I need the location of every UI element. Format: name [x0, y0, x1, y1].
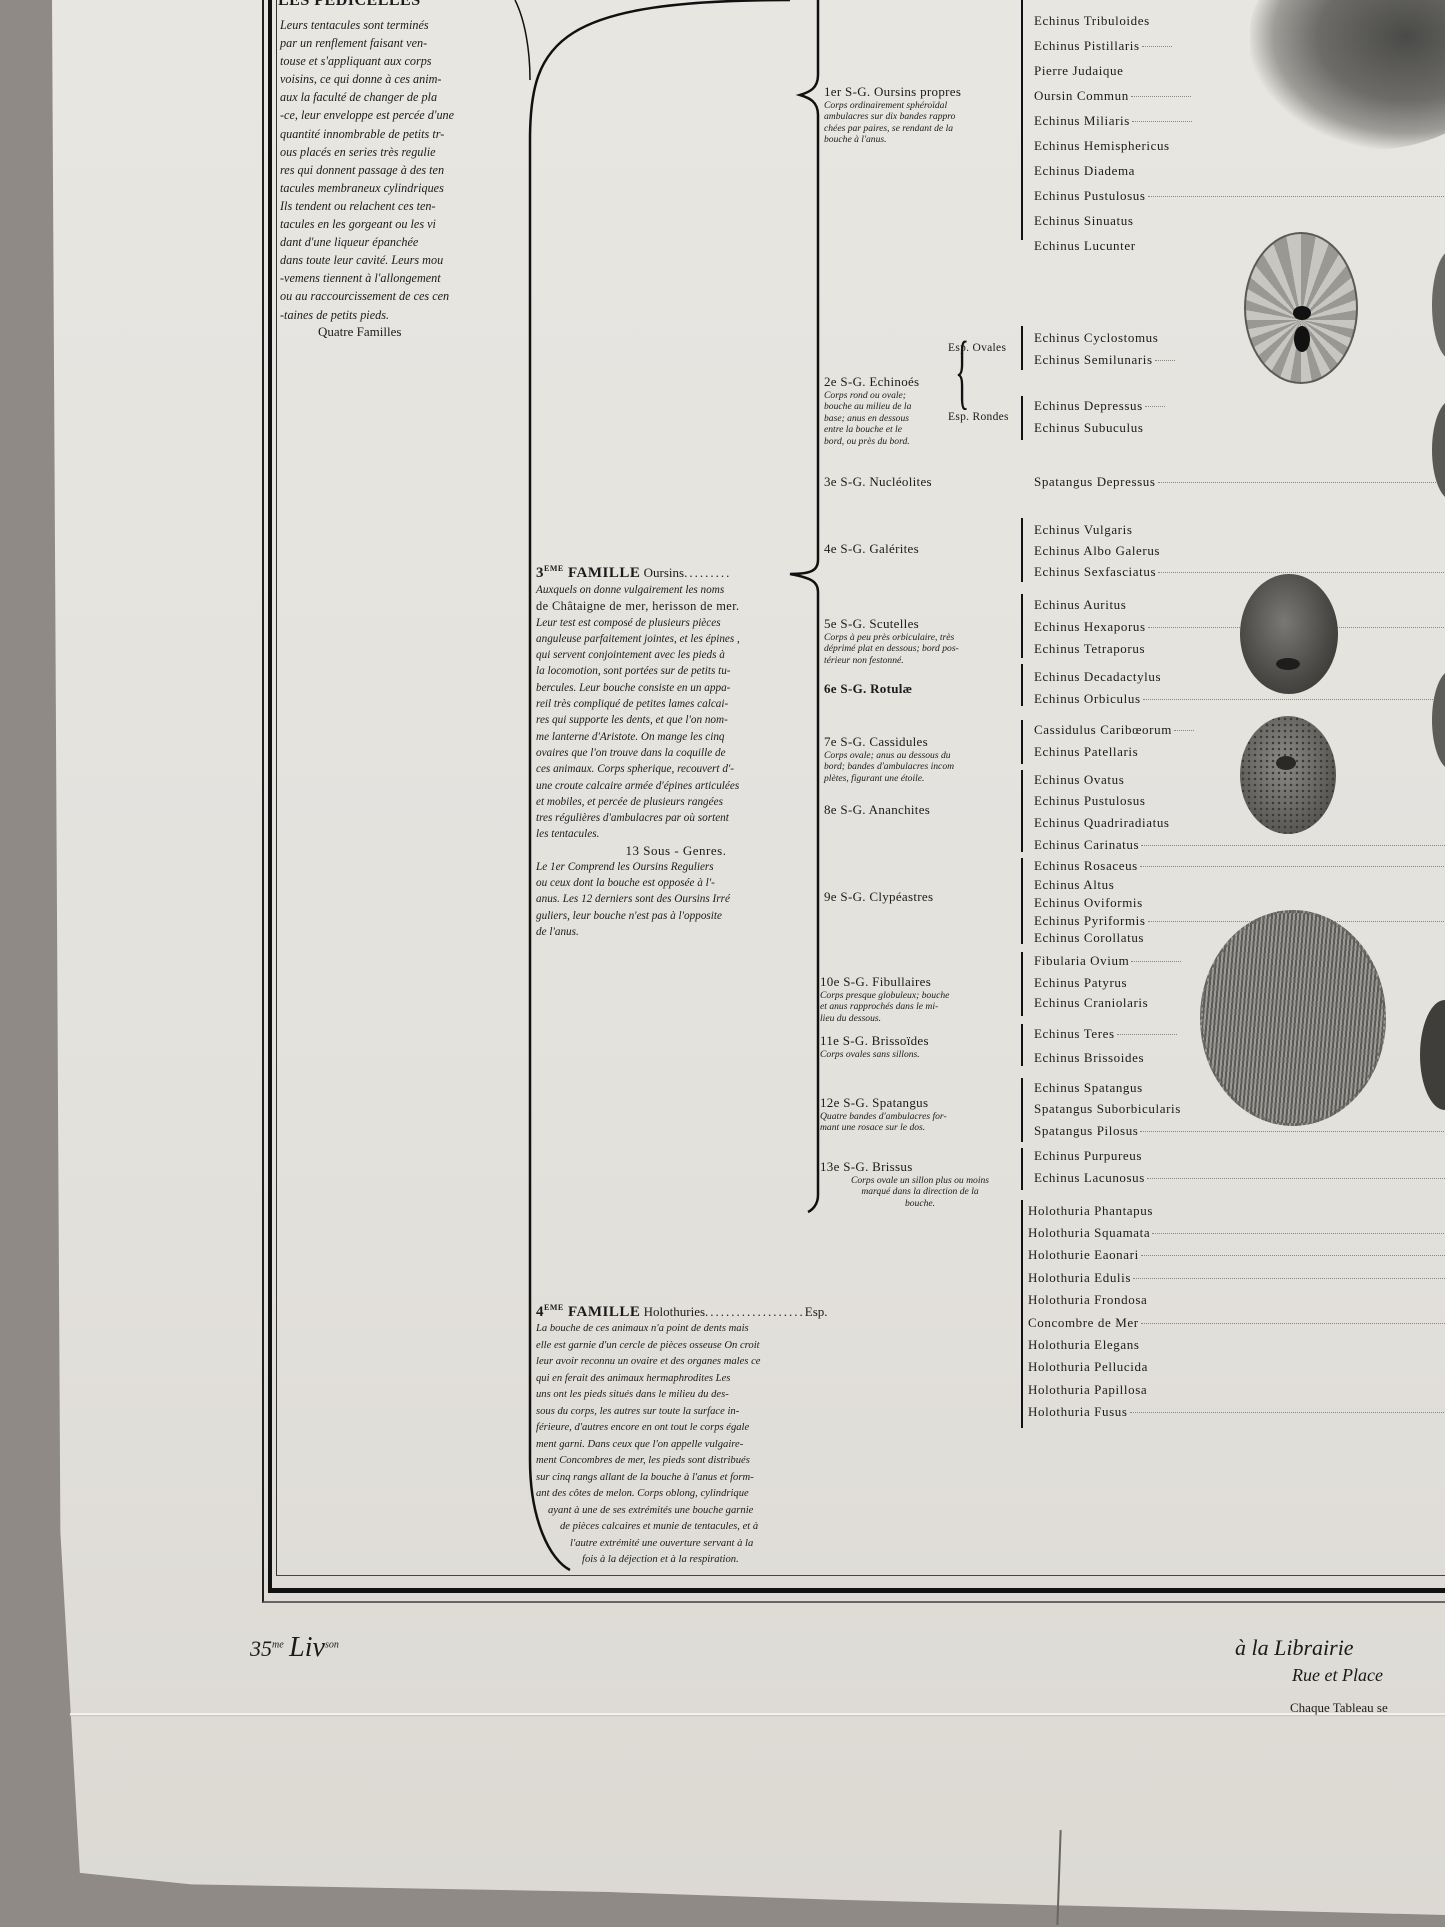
text-line: touse et s'appliquant aux corps	[280, 52, 520, 70]
sea-urchin-oval-dark-illustration	[1240, 574, 1338, 694]
species-brace	[1021, 770, 1023, 852]
text-line: ou ceux dont la bouche est opposée à l'-	[536, 875, 816, 891]
species-brace	[1021, 1078, 1023, 1142]
text-line: de Châtaigne de mer, herisson de mer.	[536, 598, 816, 614]
species-item: Holothuria Edulis	[1028, 1270, 1445, 1286]
text-line: sous du corps, les autres sur toute la s…	[536, 1404, 826, 1421]
subgenus-6: 6e S-G. Rotulæ	[824, 681, 912, 697]
text-line: base; anus en dessous	[824, 413, 944, 424]
text-line: ment Concombres de mer, les pieds sont d…	[536, 1453, 826, 1470]
text-line: anguleuse parfaitement jointes, et les é…	[536, 631, 816, 647]
text-line: fois à la déjection et à la respiration.	[536, 1552, 826, 1569]
species-brace	[1021, 326, 1023, 370]
subgenus-label: 5e S-G. Scutelles	[824, 616, 1024, 632]
species-item: Concombre de Mer	[1028, 1315, 1445, 1331]
family-number-suffix: EME	[544, 564, 564, 573]
species-item: Echinus Vulgaris	[1034, 522, 1133, 538]
issue-suffix: me	[272, 1640, 284, 1651]
subgenera-count: 13 Sous - Genres.	[536, 843, 816, 859]
species-item: Holothuria Elegans	[1028, 1337, 1140, 1353]
species-brace	[1021, 858, 1023, 944]
pedicelles-title: LES PEDICELLES	[278, 0, 421, 10]
text-line: tacules en les gorgeant ou les vi	[280, 215, 520, 233]
subgenus-label: 7e S-G. Cassidules	[824, 734, 1024, 750]
text-line: -taines de petits pieds.	[280, 306, 520, 324]
family-heading: 3EME FAMILLE Oursins.........	[536, 564, 816, 582]
text-line: Leur test est composé de plusieurs pièce…	[536, 615, 816, 631]
text-line: Corps ovale; anus au dessous du	[824, 750, 1024, 761]
species-brace	[1021, 952, 1023, 1016]
text-line: dans toute leur cavité. Leurs mou	[280, 251, 520, 269]
pedicelles-description: Leurs tentacules sont terminés par un re…	[280, 16, 520, 324]
text-line: entre la bouche et le	[824, 424, 944, 435]
species-item: Echinus Pistillaris	[1034, 38, 1172, 54]
publisher-note: Chaque Tableau se	[1290, 1700, 1388, 1716]
species-brace	[1021, 396, 1023, 440]
species-item: Echinus Quadriradiatus	[1034, 815, 1170, 831]
species-item: Echinus Lucunter	[1034, 238, 1136, 254]
text-line: sur cinq rangs allant de la bouche à l'a…	[536, 1470, 826, 1487]
species-item: Echinus Craniolaris	[1034, 995, 1148, 1011]
subgenus-description: Corps rond ou ovale; bouche au milieu de…	[824, 390, 944, 447]
text-line: l'autre extrémité une ouverture servant …	[536, 1536, 826, 1553]
text-line: déprimé plat en dessous; bord pos-	[824, 643, 1024, 654]
text-line: ment garni. Dans ceux que l'on appelle v…	[536, 1437, 826, 1454]
species-item: Echinus Purpureus	[1034, 1148, 1142, 1164]
text-line: res qui supporte les dents, et que l'on …	[536, 712, 816, 728]
text-line: plètes, figurant une étoile.	[824, 773, 1024, 784]
issue-suffix-2: son	[325, 1640, 339, 1651]
paper-fold-line	[70, 1713, 1445, 1715]
species-item: Fibularia Ovium	[1034, 953, 1181, 969]
species-item: Cassidulus Caribœorum	[1034, 722, 1194, 738]
species-item: Oursin Commun	[1034, 88, 1191, 104]
text-line: marqué dans la direction de la	[820, 1186, 1020, 1197]
group-label-rondes: Esp. Rondes	[948, 411, 1009, 423]
species-item: Spatangus Suborbicularis	[1034, 1101, 1181, 1117]
text-line: et mobiles, et percée de plusieurs rangé…	[536, 794, 816, 810]
species-item: Holothuria Papillosa	[1028, 1382, 1147, 1398]
species-item: Spatangus Depressus	[1034, 474, 1445, 490]
text-line: -vemens tiennent à l'allongement	[280, 269, 520, 287]
issue-number: 35	[250, 1636, 272, 1661]
text-line: Corps ovale un sillon plus ou moins	[820, 1175, 1020, 1186]
text-line: mant une rosace sur le dos.	[820, 1122, 1020, 1133]
text-line: qui en ferait des animaux hermaphrodites…	[536, 1371, 826, 1388]
family-number-suffix: EME	[544, 1303, 564, 1312]
text-line: quantité innombrable de petits tr-	[280, 125, 520, 143]
species-item: Echinus Rosaceus	[1034, 858, 1445, 874]
species-item: Holothurie Eaonari	[1028, 1247, 1445, 1263]
subgenus-label: 11e S-G. Brissoïdes	[820, 1033, 1020, 1049]
text-line: anus. Les 12 derniers sont des Oursins I…	[536, 891, 816, 907]
text-line: lieu du dessous.	[820, 1013, 1020, 1024]
text-line: reil très compliqué de petites lames cal…	[536, 696, 816, 712]
text-line: Corps ovales sans sillons.	[820, 1049, 1020, 1060]
subgenus-8: 8e S-G. Ananchites	[824, 802, 930, 818]
publisher-line-1: à la Librairie	[1235, 1635, 1354, 1661]
species-brace	[1021, 594, 1023, 658]
subgenus-7: 7e S-G. Cassidules Corps ovale; anus au …	[824, 734, 1024, 784]
text-line: Ils tendent ou relachent ces ten-	[280, 197, 520, 215]
text-line: Quatre bandes d'ambulacres for-	[820, 1111, 1020, 1122]
subgenus-label: 2e S-G. Echinoés	[824, 374, 944, 390]
species-brace	[1021, 1200, 1023, 1428]
text-line: de pièces calcaires et munie de tentacul…	[536, 1519, 826, 1536]
esp-label: Esp.	[805, 1304, 828, 1319]
subgenus-label: 13e S-G. Brissus	[820, 1159, 1020, 1175]
family-word: FAMILLE	[568, 565, 640, 581]
text-line: Auxquels on donne vulgairement les noms	[536, 582, 816, 598]
subgenus-4: 4e S-G. Galérites	[824, 541, 919, 557]
text-line: ant des côtes de melon. Corps oblong, cy…	[536, 1486, 826, 1503]
text-line: Corps à peu près orbiculaire, très	[824, 632, 1024, 643]
species-item: Pierre Judaique	[1034, 63, 1124, 79]
text-line: bouche au milieu de la	[824, 401, 944, 412]
sea-urchin-test-radial-illustration	[1244, 232, 1358, 384]
text-line: tacules membraneux cylindriques	[280, 179, 520, 197]
family-heading: 4EME FAMILLE Holothuries................…	[536, 1303, 826, 1321]
subgenus-2: 2e S-G. Echinoés Corps rond ou ovale; bo…	[824, 374, 944, 447]
text-line: Corps ordinairement sphéroïdal	[824, 100, 1020, 111]
species-brace	[1021, 664, 1023, 706]
group-label-ovales: Esp. Ovales	[948, 342, 1006, 354]
subgenus-description: Corps presque globuleux; bouche et anus …	[820, 990, 1020, 1024]
text-line: bord, ou près du bord.	[824, 436, 944, 447]
species-item: Echinus Auritus	[1034, 597, 1126, 613]
publisher-line-2: Rue et Place	[1292, 1665, 1383, 1686]
species-item: Echinus Spatangus	[1034, 1080, 1143, 1096]
species-item: Echinus Semilunaris	[1034, 352, 1175, 368]
subgenera-description: Le 1er Comprend les Oursins Reguliers ou…	[536, 859, 816, 940]
subgenus-label: 10e S-G. Fibullaires	[820, 974, 1020, 990]
text-line: aux la faculté de changer de pla	[280, 88, 520, 106]
text-line: et anus rapprochés dans le mi-	[820, 1001, 1020, 1012]
text-line: par un renflement faisant ven-	[280, 34, 520, 52]
text-line: me lanterne d'Aristote. On mange les cin…	[536, 729, 816, 745]
family-4-block: 4EME FAMILLE Holothuries................…	[536, 1303, 826, 1569]
text-line: leur avoir reconnu un ovaire et des orga…	[536, 1354, 826, 1371]
subgenus-5: 5e S-G. Scutelles Corps à peu près orbic…	[824, 616, 1024, 666]
species-item: Echinus Pustulosus	[1034, 188, 1445, 204]
text-line: Corps presque globuleux; bouche	[820, 990, 1020, 1001]
species-brace	[1021, 1148, 1023, 1190]
species-item: Holothuria Squamata	[1028, 1225, 1445, 1241]
subgenus-1: 1er S-G. Oursins propres Corps ordinaire…	[824, 84, 1020, 146]
subgenus-11: 11e S-G. Brissoïdes Corps ovales sans si…	[820, 1033, 1020, 1060]
family-name: Oursins	[644, 565, 684, 580]
species-brace	[1021, 518, 1023, 582]
text-line: chées par paires, se rendant de la	[824, 123, 1020, 134]
family-word: FAMILLE	[568, 1304, 640, 1320]
species-item: Echinus Altus	[1034, 877, 1114, 893]
text-line: uns ont les pieds situés dans le milieu …	[536, 1387, 826, 1404]
text-line: tres régulières d'ambulacres par où sort…	[536, 810, 816, 826]
text-line: ou au raccourcissement de ces cen	[280, 287, 520, 305]
species-item: Echinus Miliaris	[1034, 113, 1192, 129]
species-brace	[1021, 1024, 1023, 1066]
species-item: Echinus Hemisphericus	[1034, 138, 1170, 154]
species-item: Echinus Orbiculus	[1034, 691, 1445, 707]
text-line: dant d'une liqueur épanchée	[280, 233, 520, 251]
species-item: Holothuria Frondosa	[1028, 1292, 1147, 1308]
species-item: Echinus Cyclostomus	[1034, 330, 1158, 346]
family-description: Auxquels on donne vulgairement les noms …	[536, 582, 816, 843]
species-item: Echinus Corollatus	[1034, 930, 1144, 946]
text-line: ces animaux. Corps spherique, recouvert …	[536, 761, 816, 777]
species-brace	[1021, 720, 1023, 764]
text-line: guliers, leur bouche n'est pas à l'oppos…	[536, 908, 816, 924]
text-line: res qui donnent passage à des ten	[280, 161, 520, 179]
subgenus-13: 13e S-G. Brissus Corps ovale un sillon p…	[820, 1159, 1020, 1209]
species-item: Holothuria Fusus	[1028, 1404, 1445, 1420]
subgenus-description: Corps à peu près orbiculaire, très dépri…	[824, 632, 1024, 666]
text-line: la locomotion, sont portées sur de petit…	[536, 663, 816, 679]
text-line: elle est garnie d'un cercle de pièces os…	[536, 1338, 826, 1355]
family-3-block: 3EME FAMILLE Oursins......... Auxquels o…	[536, 564, 816, 940]
subgenus-10: 10e S-G. Fibullaires Corps presque globu…	[820, 974, 1020, 1024]
text-line: Leurs tentacules sont terminés	[280, 16, 520, 34]
subgenus-label: 1er S-G. Oursins propres	[824, 84, 1020, 100]
species-item: Echinus Ovatus	[1034, 772, 1124, 788]
subgenus-description: Corps ovale un sillon plus ou moins marq…	[820, 1175, 1020, 1209]
species-item: Echinus Carinatus	[1034, 837, 1445, 853]
family-description: La bouche de ces animaux n'a point de de…	[536, 1321, 826, 1569]
text-line: Le 1er Comprend les Oursins Reguliers	[536, 859, 816, 875]
text-line: bercules. Leur bouche consiste en un app…	[536, 680, 816, 696]
sea-urchin-spiny-illustration	[1200, 910, 1386, 1126]
species-item: Echinus Patyrus	[1034, 975, 1127, 991]
issue-word: Liv	[289, 1632, 325, 1663]
sea-urchin-oval-dotted-illustration	[1240, 716, 1336, 834]
species-item: Echinus Oviformis	[1034, 895, 1143, 911]
text-line: -ce, leur enveloppe est percée d'une	[280, 106, 520, 124]
text-line: ayant à une de ses extrémités une bouche…	[536, 1503, 826, 1520]
subgenus-description: Corps ovale; anus au dessous du bord; ba…	[824, 750, 1024, 784]
species-item: Echinus Teres	[1034, 1026, 1177, 1042]
family-number: 4	[536, 1304, 544, 1320]
species-item: Echinus Pustulosus	[1034, 793, 1146, 809]
text-line: une croute calcaire armée d'épines artic…	[536, 778, 816, 794]
species-item: Spatangus Pilosus	[1034, 1123, 1445, 1139]
text-line: térieur non festonné.	[824, 655, 1024, 666]
species-item: Echinus Tribuloides	[1034, 13, 1150, 29]
subgenus-9: 9e S-G. Clypéastres	[824, 889, 933, 905]
family-number: 3	[536, 565, 544, 581]
text-line: voisins, ce qui donne à ces anim-	[280, 70, 520, 88]
text-line: ovaires que l'on trouve dans la coquille…	[536, 745, 816, 761]
text-line: les tentacules.	[536, 826, 816, 842]
subgenus-description: Quatre bandes d'ambulacres for- mant une…	[820, 1111, 1020, 1134]
text-line: bord; bandes d'ambulacres incom	[824, 761, 1024, 772]
subgenus-label: 12e S-G. Spatangus	[820, 1095, 1020, 1111]
species-item: Echinus Brissoides	[1034, 1050, 1144, 1066]
species-item: Echinus Patellaris	[1034, 744, 1138, 760]
species-item: Echinus Subuculus	[1034, 420, 1144, 436]
species-item: Echinus Decadactylus	[1034, 669, 1161, 685]
species-item: Echinus Albo Galerus	[1034, 543, 1160, 559]
species-item: Holothuria Pellucida	[1028, 1359, 1148, 1375]
species-item: Echinus Lacunosus	[1034, 1170, 1445, 1186]
species-item: Echinus Diadema	[1034, 163, 1135, 179]
text-line: ambulacres sur dix bandes rappro	[824, 111, 1020, 122]
species-item: Echinus Sexfasciatus	[1034, 564, 1445, 580]
issue-number-label: 35me Livson	[250, 1632, 339, 1664]
text-line: La bouche de ces animaux n'a point de de…	[536, 1321, 826, 1338]
text-line: ous placés en series très regulie	[280, 143, 520, 161]
species-item: Echinus Tetraporus	[1034, 641, 1145, 657]
text-line: bouche à l'anus.	[824, 134, 1020, 145]
families-count-label: Quatre Familles	[318, 324, 401, 340]
text-line: bouche.	[820, 1198, 1020, 1209]
text-line: qui servent conjointement avec les pieds…	[536, 647, 816, 663]
species-item: Echinus Sinuatus	[1034, 213, 1134, 229]
species-brace	[1021, 0, 1023, 240]
text-line: férieure, d'autres encore en ont tout le…	[536, 1420, 826, 1437]
family-name: Holothuries	[644, 1304, 705, 1319]
species-item: Echinus Pyriformis	[1034, 913, 1445, 929]
species-item: Echinus Depressus	[1034, 398, 1165, 414]
subgenus-3: 3e S-G. Nucléolites	[824, 474, 932, 490]
text-line: Corps rond ou ovale;	[824, 390, 944, 401]
subgenus-12: 12e S-G. Spatangus Quatre bandes d'ambul…	[820, 1095, 1020, 1134]
species-item: Holothuria Phantapus	[1028, 1203, 1153, 1219]
subgenus-description: Corps ovales sans sillons.	[820, 1049, 1020, 1060]
text-line: de l'anus.	[536, 924, 816, 940]
subgenus-description: Corps ordinairement sphéroïdal ambulacre…	[824, 100, 1020, 146]
